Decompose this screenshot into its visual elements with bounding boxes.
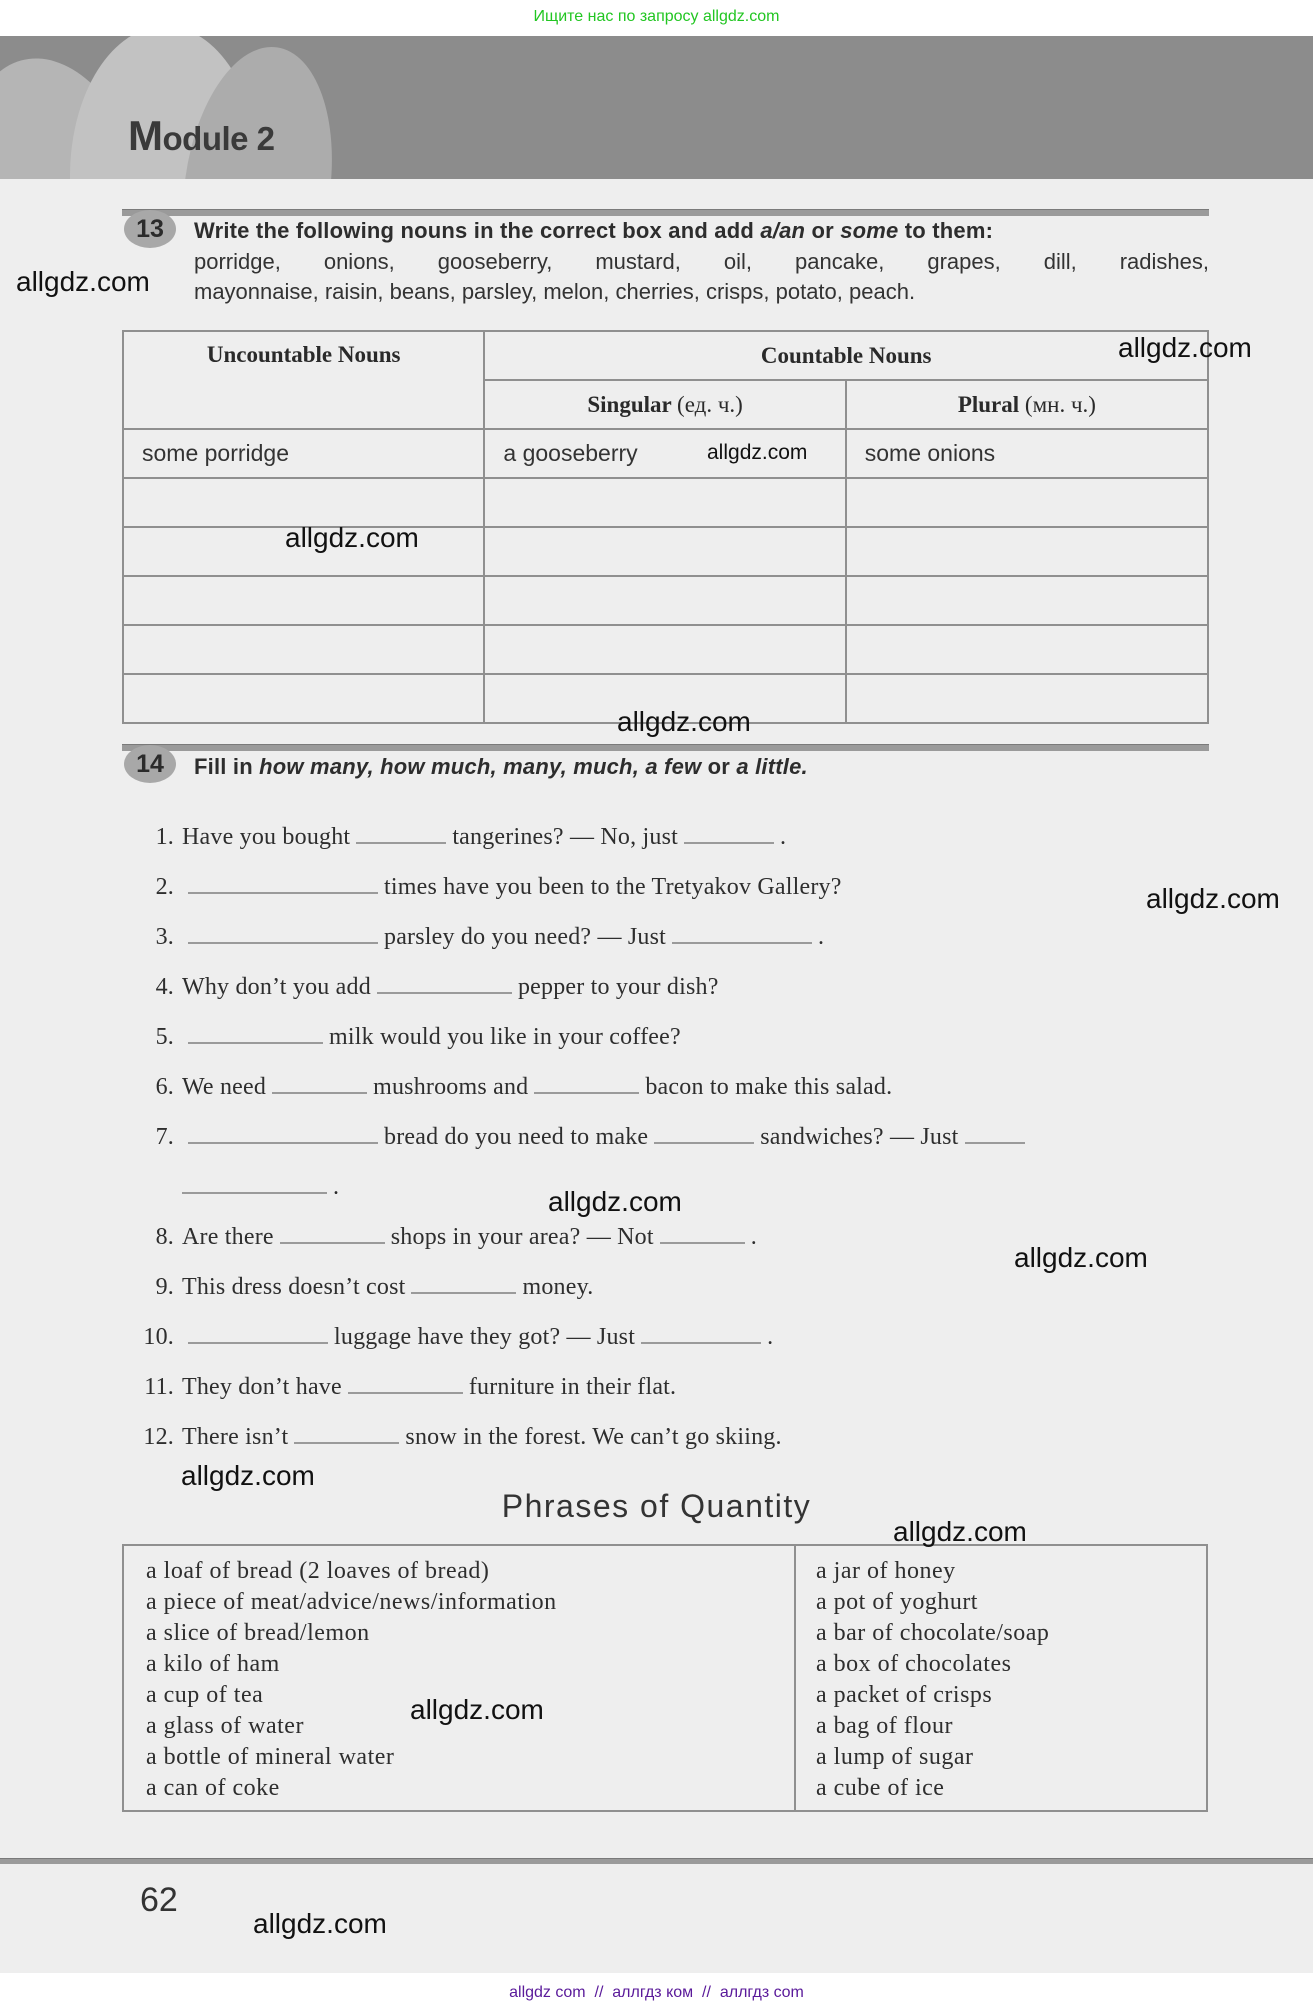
page-number: 62	[140, 1881, 178, 1920]
module-title: Module 2	[128, 112, 275, 160]
phrase-item: a packet of crisps	[816, 1680, 1206, 1711]
watermark: allgdz.com	[617, 706, 751, 738]
cell-uncountable[interactable]	[123, 576, 484, 625]
exercise-item: 9.This dress doesn’t costmoney.	[136, 1274, 1031, 1324]
phrase-item: a bottle of mineral water	[146, 1742, 794, 1773]
watermark: allgdz.com	[548, 1186, 682, 1218]
watermark: allgdz.com	[1146, 883, 1280, 915]
bottom-banner-text: allgdz com // аллгдз ком // аллгдз com	[509, 1984, 804, 2001]
phrase-item: a box of chocolates	[816, 1649, 1206, 1680]
exercise-item: 7.bread do you need to makesandwiches? —…	[136, 1124, 1031, 1174]
exercise-number-badge: 14	[124, 745, 176, 783]
cell-singular[interactable]	[484, 478, 845, 527]
answer-blank[interactable]	[641, 1324, 761, 1344]
top-banner-text: Ищите нас по запросу allgdz.com	[534, 8, 780, 25]
exercise-14-instruction: Fill in how many, how much, many, much, …	[194, 754, 808, 780]
phrase-item: a pot of yoghurt	[816, 1587, 1206, 1618]
answer-blank[interactable]	[294, 1424, 399, 1444]
cell-singular[interactable]	[484, 625, 845, 674]
top-banner: Ищите нас по запросу allgdz.com	[0, 0, 1313, 36]
watermark: allgdz.com	[285, 522, 419, 554]
watermark: allgdz.com	[893, 1516, 1027, 1548]
exercise-number-badge: 13	[124, 210, 176, 248]
header-singular: Singular (ед. ч.)	[484, 380, 845, 429]
answer-blank[interactable]	[182, 1174, 327, 1194]
cell-plural[interactable]	[846, 478, 1208, 527]
cell-plural[interactable]	[846, 527, 1208, 576]
table-row: some porridge a gooseberry some onions	[123, 429, 1208, 478]
watermark: allgdz.com	[1014, 1242, 1148, 1274]
phrases-left-column: a loaf of bread (2 loaves of bread) a pi…	[124, 1546, 796, 1810]
phrase-item: a jar of honey	[816, 1556, 1206, 1587]
answer-blank[interactable]	[188, 924, 378, 944]
cell-plural[interactable]	[846, 625, 1208, 674]
exercise-14-list: 1.Have you boughttangerines? — No, just.…	[136, 824, 1031, 1474]
exercise-item: 3.parsley do you need? — Just.	[136, 924, 1031, 974]
cell-uncountable[interactable]	[123, 478, 484, 527]
phrases-of-quantity-title: Phrases of Quantity	[0, 1488, 1313, 1525]
bottom-banner: allgdz com // аллгдз ком // аллгдз com	[0, 1973, 1313, 2012]
cell-singular[interactable]	[484, 527, 845, 576]
cell-uncountable[interactable]	[123, 674, 484, 723]
phrase-item: a cube of ice	[816, 1773, 1206, 1804]
exercise-item: 8.Are thereshops in your area? — Not.	[136, 1224, 1031, 1274]
phrases-of-quantity-box: a loaf of bread (2 loaves of bread) a pi…	[122, 1544, 1208, 1812]
watermark: allgdz.com	[410, 1694, 544, 1726]
section-divider	[122, 744, 1209, 751]
noun-list-line-2: mayonnaise, raisin, beans, parsley, melo…	[194, 277, 1209, 307]
answer-blank[interactable]	[660, 1224, 745, 1244]
answer-blank[interactable]	[411, 1274, 516, 1294]
phrase-item: a bag of flour	[816, 1711, 1206, 1742]
table-row	[123, 576, 1208, 625]
exercise-item: 10.luggage have they got? — Just.	[136, 1324, 1031, 1374]
phrase-item: a can of coke	[146, 1773, 794, 1804]
exercise-item: 4.Why don’t you addpepper to your dish?	[136, 974, 1031, 1024]
phrase-item: a loaf of bread (2 loaves of bread)	[146, 1556, 794, 1587]
answer-blank[interactable]	[188, 1324, 328, 1344]
cell-plural[interactable]	[846, 576, 1208, 625]
answer-blank[interactable]	[272, 1074, 367, 1094]
cell-uncountable[interactable]: some porridge	[123, 429, 484, 478]
exercise-item: 1.Have you boughttangerines? — No, just.	[136, 824, 1031, 874]
answer-blank[interactable]	[348, 1374, 463, 1394]
watermark: allgdz.com	[707, 441, 807, 465]
phrase-item: a slice of bread/lemon	[146, 1618, 794, 1649]
cell-plural[interactable]	[846, 674, 1208, 723]
phrase-item: a lump of sugar	[816, 1742, 1206, 1773]
answer-blank[interactable]	[534, 1074, 639, 1094]
watermark: allgdz.com	[181, 1460, 315, 1492]
exercise-item: 2.times have you been to the Tretyakov G…	[136, 874, 1031, 924]
answer-blank[interactable]	[188, 1024, 323, 1044]
answer-blank[interactable]	[672, 924, 812, 944]
exercise-item: 6.We needmushrooms andbacon to make this…	[136, 1074, 1031, 1124]
exercise-item: 5.milk would you like in your coffee?	[136, 1024, 1031, 1074]
answer-blank[interactable]	[356, 824, 446, 844]
answer-blank[interactable]	[280, 1224, 385, 1244]
module-header-band: Module 2	[0, 36, 1313, 179]
table-row	[123, 478, 1208, 527]
phrase-item: a piece of meat/advice/news/information	[146, 1587, 794, 1618]
noun-list-line-1: porridge, onions, gooseberry, mustard, o…	[194, 247, 1209, 277]
section-divider	[122, 209, 1209, 216]
answer-blank[interactable]	[684, 824, 774, 844]
cell-plural[interactable]: some onions	[846, 429, 1208, 478]
table-row	[123, 625, 1208, 674]
answer-blank[interactable]	[654, 1124, 754, 1144]
cell-singular[interactable]	[484, 576, 845, 625]
watermark: allgdz.com	[1118, 332, 1252, 364]
exercise-item: 11.They don’t havefurniture in their fla…	[136, 1374, 1031, 1424]
answer-blank[interactable]	[188, 1124, 378, 1144]
header-uncountable: Uncountable Nouns	[123, 331, 484, 429]
phrase-item: a bar of chocolate/soap	[816, 1618, 1206, 1649]
textbook-page: Module 2 13 Write the following nouns in…	[0, 36, 1313, 1973]
header-countable: Countable Nouns	[484, 331, 1208, 380]
answer-blank[interactable]	[965, 1124, 1025, 1144]
cell-uncountable[interactable]	[123, 625, 484, 674]
answer-blank[interactable]	[377, 974, 512, 994]
header-plural: Plural (мн. ч.)	[846, 380, 1208, 429]
phrases-right-column: a jar of honey a pot of yoghurt a bar of…	[796, 1546, 1206, 1810]
answer-blank[interactable]	[188, 874, 378, 894]
phrase-item: a kilo of ham	[146, 1649, 794, 1680]
exercise-13-instruction: Write the following nouns in the correct…	[194, 218, 993, 244]
watermark: allgdz.com	[16, 266, 150, 298]
watermark: allgdz.com	[253, 1908, 387, 1940]
footer-divider	[0, 1858, 1313, 1864]
